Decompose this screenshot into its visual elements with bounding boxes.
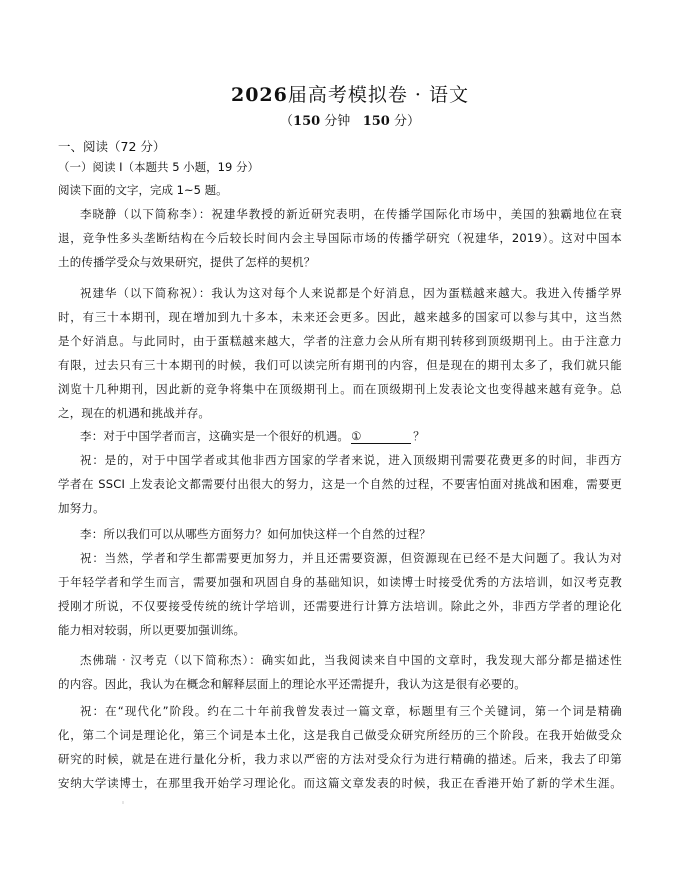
passage-line: 祝建华（以下简称祝）：我认为这对每个人来说都是个好消息，因为蛋糕越来越大。我进入… bbox=[80, 285, 622, 301]
paren-open: （ bbox=[280, 114, 293, 129]
scan-speck bbox=[122, 801, 124, 804]
section-heading: 一、阅读（72 分） bbox=[58, 137, 165, 155]
passage-line: 有限，过去只有三十本期刊的时候，我们可以读完所有期刊的内容，但是现在的期刊太多了… bbox=[58, 357, 622, 373]
question-line-with-blank: 李：对于中国学者而言，这确实是一个很好的机遇。①？ bbox=[80, 428, 622, 444]
duration-value: 150 bbox=[293, 114, 320, 129]
title-year: 2026 bbox=[231, 84, 288, 106]
passage-line: 土的传播学受众与效果研究，提供了怎样的契机？ bbox=[58, 254, 622, 270]
passage-text: 李：对于中国学者而言，这确实是一个很好的机遇。 bbox=[80, 429, 349, 443]
passage-line: 李晓静（以下简称李）：祝建华教授的新近研究表明，在传播学国际化市场中，美国的独霸… bbox=[80, 206, 622, 222]
page-title: 2026届高考模拟卷 · 语文 bbox=[0, 80, 700, 107]
passage-line: 的内容。因此，我认为在概念和解释层面上的理论水平还需提升，我认为这是很有必要的。 bbox=[58, 676, 622, 692]
passage-line: 时，有三十本期刊，现在增加到九十多本，未来还会更多。因此，越来越多的国家可以参与… bbox=[58, 309, 622, 325]
exam-duration-score: （150 分钟 150 分） bbox=[0, 110, 700, 129]
instruction: 阅读下面的文字，完成 1~5 题。 bbox=[58, 182, 228, 198]
passage-line: 祝：当然，学者和学生都需要更加努力，并且还需要资源，但资源现在已经不是大问题了。… bbox=[80, 550, 622, 566]
passage-line: 浏览十几种期刊，因此新的竞争将集中在顶级期刊上。而在顶级期刊上发表论文也变得越来… bbox=[58, 381, 622, 397]
passage-line: 加努力。 bbox=[58, 500, 622, 516]
passage-line: 之，现在的机遇和挑战并存。 bbox=[58, 405, 622, 421]
score-value: 150 bbox=[363, 114, 390, 129]
passage-line: 授刚才所说，不仅要接受传统的统计学培训，还需要进行计算方法培训。除此之外，非西方… bbox=[58, 598, 622, 614]
fill-in-blank-1: ① bbox=[351, 430, 411, 444]
duration-unit: 分钟 bbox=[320, 114, 363, 129]
passage-line: 杰佛瑞 · 汉考克（以下简称杰）：确实如此，当我阅读来自中国的文章时，我发现大部… bbox=[80, 652, 622, 668]
passage-line: 研究的时候，就是在进行量化分析，我力求以严密的方法对受众行为进行精确的描述。后来… bbox=[58, 751, 622, 767]
passage-line: 祝：是的，对于中国学者或其他非西方国家的学者来说，进入顶级期刊需要花费更多的时间… bbox=[80, 452, 622, 468]
exam-page: 2026届高考模拟卷 · 语文 （150 分钟 150 分） 一、阅读（72 分… bbox=[0, 0, 700, 878]
title-text: 届高考模拟卷 · 语文 bbox=[288, 84, 469, 106]
score-unit: 分） bbox=[390, 114, 420, 129]
passage-line: 学者在 SSCI 上发表论文都需要付出很大的努力，这是一个自然的过程，不要害怕面… bbox=[58, 476, 622, 492]
passage-line: 是个好消息。与此同时，由于蛋糕越来越大，学者的注意力会从所有期刊转移到顶级期刊上… bbox=[58, 333, 622, 349]
passage-line: 于年轻学者和学生而言，需要加强和巩固自身的基础知识，如读博士时接受优秀的方法培训… bbox=[58, 574, 622, 590]
passage-line: 化，第二个词是理论化，第三个词是本土化，这是我自己做受众研究所经历的三个阶段。在… bbox=[58, 727, 622, 743]
passage-line: 退，竞争性多头垄断结构在今后较长时间内会主导国际市场的传播学研究（祝建华，201… bbox=[58, 230, 622, 246]
passage-line: 能力相对较弱，所以更要加强训练。 bbox=[58, 622, 622, 638]
passage-line: 李：所以我们可以从哪些方面努力？如何加快这样一个自然的过程？ bbox=[80, 526, 622, 542]
part-heading: （一）阅读 I（本题共 5 小题，19 分） bbox=[58, 159, 259, 175]
passage-line: 祝：在“现代化”阶段。约在二十年前我曾发表过一篇文章，标题里有三个关键词，第一个… bbox=[80, 703, 622, 719]
passage-line: 安纳大学读博士，在那里我开始学习理论化。而这篇文章发表的时候，我正在香港开始了新… bbox=[58, 775, 622, 791]
question-mark: ？ bbox=[413, 429, 425, 443]
